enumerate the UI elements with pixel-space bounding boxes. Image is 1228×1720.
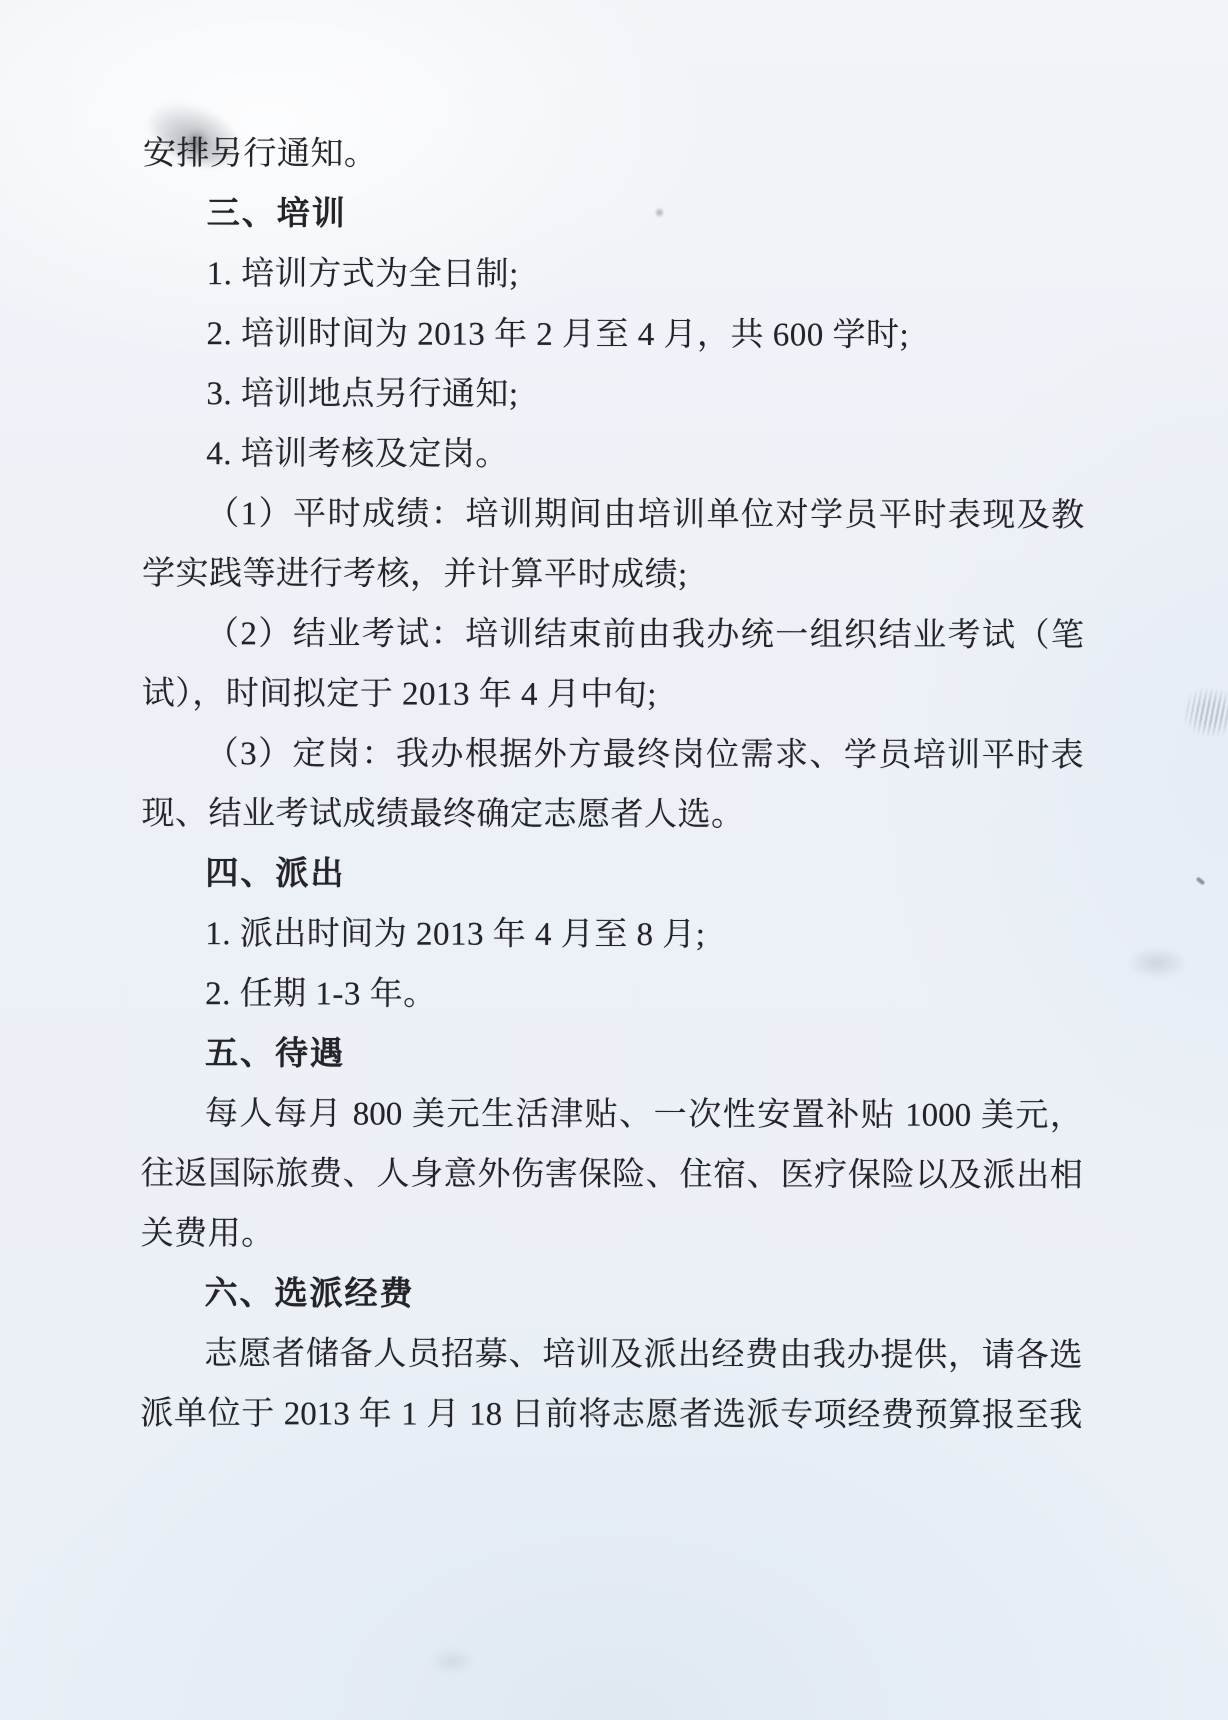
document-body: 安排另行通知。 三、培训 1. 培训方式为全日制; 2. 培训时间为 2013 … [140, 124, 1085, 1446]
doc-line: 安排另行通知。 [143, 124, 1085, 186]
doc-line: 4. 培训考核及定岗。 [142, 424, 1084, 486]
scanned-document-page: 安排另行通知。 三、培训 1. 培训方式为全日制; 2. 培训时间为 2013 … [0, 0, 1228, 1720]
section-heading-4: 四、派出 [141, 844, 1083, 906]
scan-tick-right-edge [1196, 877, 1206, 886]
doc-line: （1）平时成绩：培训期间由培训单位对学员平时表现及教 [142, 484, 1084, 546]
doc-line: 3. 培训地点另行通知; [142, 364, 1084, 426]
doc-line: 志愿者储备人员招募、培训及派出经费由我办提供，请各选 [140, 1324, 1082, 1386]
doc-line: 现、结业考试成绩最终确定志愿者人选。 [141, 784, 1083, 846]
doc-line: 试），时间拟定于 2013 年 4 月中旬; [142, 664, 1084, 726]
doc-line: 关费用。 [141, 1204, 1083, 1266]
section-heading-6: 六、选派经费 [140, 1264, 1082, 1326]
doc-line: 2. 任期 1-3 年。 [141, 964, 1083, 1026]
scan-smudge-bottom-center [430, 1648, 474, 1674]
section-heading-3: 三、培训 [143, 184, 1085, 246]
scan-scribble-right-edge [1180, 685, 1228, 738]
scan-smudge-right-lower [1128, 948, 1186, 978]
doc-line: 每人每月 800 美元生活津贴、一次性安置补贴 1000 美元， [141, 1084, 1083, 1146]
doc-line: 2. 培训时间为 2013 年 2 月至 4 月，共 600 学时; [142, 304, 1084, 366]
doc-line: （2）结业考试：培训结束前由我办统一组织结业考试（笔 [142, 604, 1084, 666]
doc-line: 1. 派出时间为 2013 年 4 月至 8 月; [141, 904, 1083, 966]
doc-line: 1. 培训方式为全日制; [143, 244, 1085, 306]
doc-line: 派单位于 2013 年 1 月 18 日前将志愿者选派专项经费预算报至我 [140, 1384, 1082, 1446]
doc-line: （3）定岗：我办根据外方最终岗位需求、学员培训平时表 [142, 724, 1084, 786]
doc-line: 学实践等进行考核，并计算平时成绩; [142, 544, 1084, 606]
doc-line: 往返国际旅费、人身意外伤害保险、住宿、医疗保险以及派出相 [141, 1144, 1083, 1206]
section-heading-5: 五、待遇 [141, 1024, 1083, 1086]
